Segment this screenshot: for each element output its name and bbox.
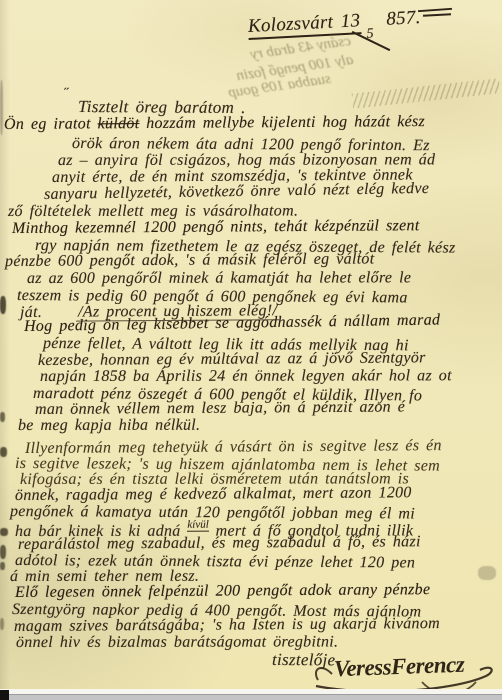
corner-ink-mark — [0, 690, 9, 700]
ink-dash — [418, 8, 452, 12]
edge-smudge — [0, 412, 5, 422]
handwritten-line: az az 600 pengőről minek á kamatját ha l… — [27, 269, 411, 288]
signature: VeressFerencz — [334, 652, 465, 683]
scanner-background — [0, 694, 502, 700]
handwritten-line: Ön eg iratot küldöt hozzám mellybe kijel… — [4, 113, 425, 134]
inserted-word: kívül — [187, 519, 208, 532]
scanned-letter: Kolozsvárt 135857. csány 43 drab ry aly … — [0, 0, 502, 700]
ink-smudge — [478, 566, 496, 580]
edge-smudge — [0, 562, 5, 570]
line-text: hozzám mellybe kijelenti hog házát kész — [139, 113, 425, 132]
handwritten-line: reparálástol meg szabadul, és meg szabad… — [18, 533, 421, 554]
letter-paper: Kolozsvárt 135857. csány 43 drab ry aly … — [0, 0, 502, 689]
signature-block: VeressFerencz — [310, 648, 502, 689]
handwritten-line: napján 1858 ba Április 24 én önnek legye… — [40, 367, 452, 386]
struck-word: küldöt — [98, 115, 140, 132]
dateline-year: 857. — [386, 7, 422, 30]
edge-smudge — [0, 545, 6, 559]
edge-smudge — [0, 447, 7, 457]
handwritten-line: Elő legesen önnek felpénzül 200 pengőt a… — [15, 581, 430, 602]
handwritten-line: pénzbe 600 pengőt adok, 's á másik felér… — [5, 250, 375, 271]
handwritten-line: önnek, ragadja meg é kedvező alkalmat, m… — [15, 484, 412, 505]
edge-smudge — [0, 296, 6, 314]
edge-smudge — [0, 80, 3, 135]
edge-smudge — [0, 618, 4, 630]
bleedthrough-hatch — [352, 78, 501, 108]
handwritten-line: Minthog kezemnél 1200 pengő nints, tehát… — [12, 217, 420, 238]
dateline: Kolozsvárt 135857. — [247, 7, 421, 38]
handwritten-line: be meg kapja hiba nélkül. — [18, 417, 200, 435]
ink-dash — [423, 13, 451, 16]
edge-smudge — [0, 528, 8, 536]
margin-correction-mark: ˝ — [64, 86, 69, 103]
line-text: Ön eg iratot — [4, 115, 98, 133]
